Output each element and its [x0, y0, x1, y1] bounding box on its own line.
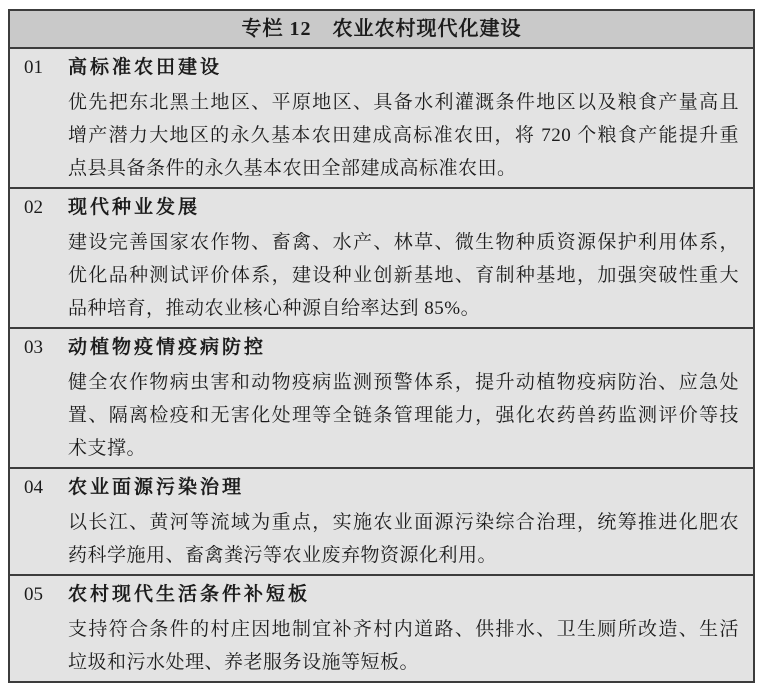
- section-number: 03: [24, 331, 51, 364]
- section-number: 02: [24, 191, 51, 224]
- body-line: 药科学施用、畜禽粪污等农业废弃物资源化利用。: [68, 539, 739, 572]
- body-line: 优先把东北黑土地区、平原地区、具备水利灌溉条件地区以及粮食产量高且: [68, 86, 739, 119]
- section-title: 农业面源污染治理: [68, 471, 244, 504]
- section-02-header: 02 现代种业发展: [24, 191, 739, 224]
- section-number: 04: [24, 471, 51, 504]
- panel-title: 专栏 12 农业农村现代化建设: [10, 11, 753, 47]
- section-number: 05: [24, 578, 51, 611]
- section-title: 高标准农田建设: [68, 51, 222, 84]
- body-line: 品种培育，推动农业核心种源自给率达到 85%。: [68, 292, 739, 325]
- section-01: 01 高标准农田建设 优先把东北黑土地区、平原地区、具备水利灌溉条件地区以及粮食…: [10, 47, 753, 187]
- body-line: 建设完善国家农作物、畜禽、水产、林草、微生物种质资源保护利用体系，: [68, 226, 739, 259]
- section-02: 02 现代种业发展 建设完善国家农作物、畜禽、水产、林草、微生物种质资源保护利用…: [10, 187, 753, 327]
- body-line: 增产潜力大地区的永久基本农田建成高标准农田，将 720 个粮食产能提升重: [68, 119, 739, 152]
- section-03-header: 03 动植物疫情疫病防控: [24, 331, 739, 364]
- section-05-header: 05 农村现代生活条件补短板: [24, 578, 739, 611]
- section-05: 05 农村现代生活条件补短板 支持符合条件的村庄因地制宜补齐村内道路、供排水、卫…: [10, 574, 753, 681]
- section-01-header: 01 高标准农田建设: [24, 51, 739, 84]
- section-04: 04 农业面源污染治理 以长江、黄河等流域为重点，实施农业面源污染综合治理，统筹…: [10, 467, 753, 574]
- body-line: 术支撑。: [68, 432, 739, 465]
- section-number: 01: [24, 51, 51, 84]
- panel-frame: 专栏 12 农业农村现代化建设 01 高标准农田建设 优先把东北黑土地区、平原地…: [8, 9, 755, 683]
- section-01-body: 优先把东北黑土地区、平原地区、具备水利灌溉条件地区以及粮食产量高且 增产潜力大地…: [68, 86, 739, 185]
- section-05-body: 支持符合条件的村庄因地制宜补齐村内道路、供排水、卫生厕所改造、生活 垃圾和污水处…: [68, 613, 739, 679]
- body-line: 置、隔离检疫和无害化处理等全链条管理能力，强化农药兽药监测评价等技: [68, 399, 739, 432]
- section-title: 现代种业发展: [68, 191, 200, 224]
- section-02-body: 建设完善国家农作物、畜禽、水产、林草、微生物种质资源保护利用体系， 优化品种测试…: [68, 226, 739, 325]
- section-title: 农村现代生活条件补短板: [68, 578, 310, 611]
- section-03: 03 动植物疫情疫病防控 健全农作物病虫害和动物疫病监测预警体系，提升动植物疫病…: [10, 327, 753, 467]
- body-line: 支持符合条件的村庄因地制宜补齐村内道路、供排水、卫生厕所改造、生活: [68, 613, 739, 646]
- body-line: 以长江、黄河等流域为重点，实施农业面源污染综合治理，统筹推进化肥农: [68, 506, 739, 539]
- body-line: 点县具备条件的永久基本农田全部建成高标准农田。: [68, 152, 739, 185]
- section-title: 动植物疫情疫病防控: [68, 331, 266, 364]
- section-04-body: 以长江、黄河等流域为重点，实施农业面源污染综合治理，统筹推进化肥农 药科学施用、…: [68, 506, 739, 572]
- body-line: 健全农作物病虫害和动物疫病监测预警体系，提升动植物疫病防治、应急处: [68, 366, 739, 399]
- section-04-header: 04 农业面源污染治理: [24, 471, 739, 504]
- section-03-body: 健全农作物病虫害和动物疫病监测预警体系，提升动植物疫病防治、应急处 置、隔离检疫…: [68, 366, 739, 465]
- body-line: 优化品种测试评价体系，建设种业创新基地、育制种基地，加强突破性重大: [68, 259, 739, 292]
- body-line: 垃圾和污水处理、养老服务设施等短板。: [68, 646, 739, 679]
